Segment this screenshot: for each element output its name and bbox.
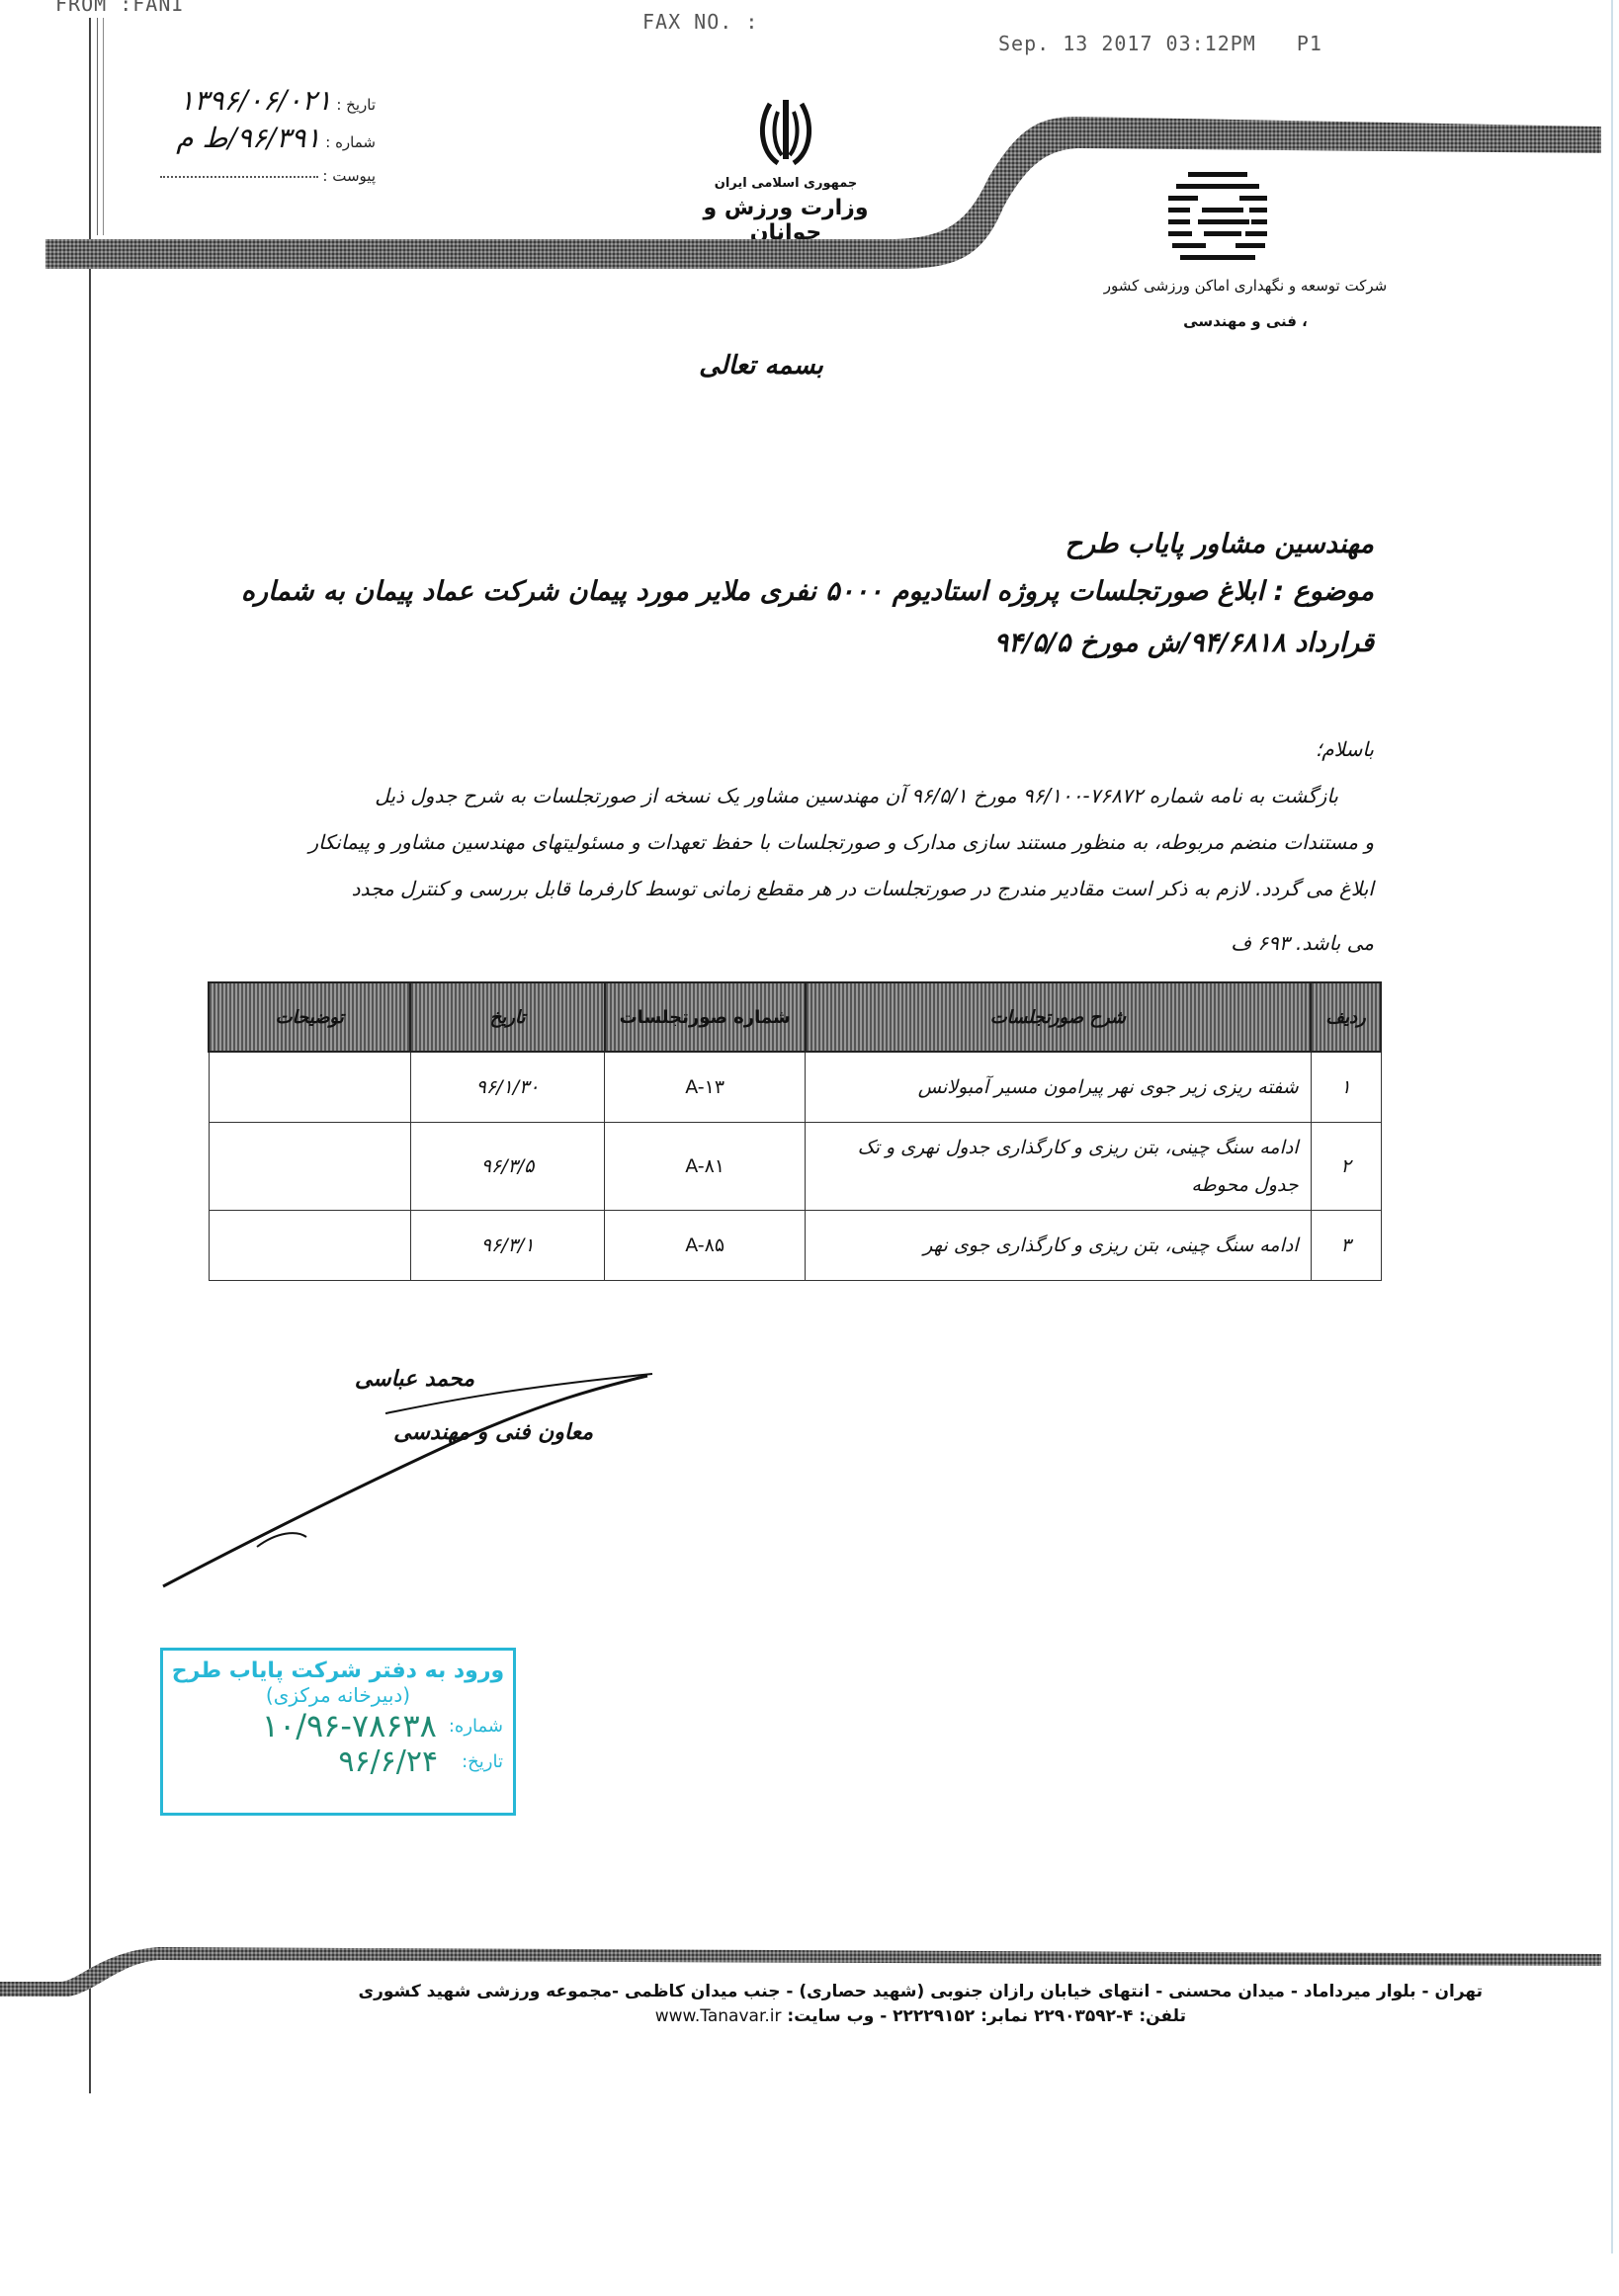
footer-website: www.Tanavar.ir bbox=[655, 2006, 782, 2026]
minutes-table: ردیف شرح صورتجلسات شماره صورتجلسات تاریخ… bbox=[208, 981, 1382, 1281]
body-line: و مستندات منضم مربوطه، به منظور مستند سا… bbox=[208, 819, 1374, 866]
body-line: ابلاغ می گردد. لازم به ذکر است مقادیر من… bbox=[208, 866, 1374, 912]
row-index: ۳ bbox=[1311, 1211, 1381, 1281]
company-department: ، فنی و مهندسی bbox=[1147, 312, 1344, 330]
header-band bbox=[0, 0, 1619, 316]
row-number: A-۸۱ bbox=[605, 1123, 806, 1211]
col-number: شماره صورتجلسات bbox=[605, 982, 806, 1052]
row-number: A-۱۳ bbox=[605, 1052, 806, 1123]
col-date: تاریخ bbox=[410, 982, 604, 1052]
company-name: شرکت توسعه و نگهداری اماکن ورزشی کشور bbox=[1048, 277, 1443, 295]
recipient: مهندسین مشاور پایاب طرح bbox=[198, 519, 1374, 570]
table-header-row: ردیف شرح صورتجلسات شماره صورتجلسات تاریخ… bbox=[209, 982, 1381, 1052]
table-row: ۱ شفته ریزی زیر جوی نهر پیرامون مسیر آمب… bbox=[209, 1052, 1381, 1123]
stamp-line-1: ورود به دفتر شرکت پایاب طرح bbox=[163, 1651, 513, 1683]
invocation: بسمه تعالی bbox=[682, 351, 840, 381]
subject-line-2: قرارداد ۹۴/۶۸۱۸/ش مورخ ۹۴/۵/۵ bbox=[208, 618, 1374, 669]
row-date: ۹۶/۳/۵ bbox=[410, 1123, 604, 1211]
stamp-number-row: شماره: ۱۰/۹۶-۷۸۶۳۸ bbox=[163, 1707, 513, 1744]
footer-contact: تلفن: ۴-۲۲۹۰۳۵۹۲ نمابر: ۲۲۲۲۹۱۵۲ - وب سا… bbox=[395, 2006, 1186, 2026]
stamp-line-2: (دبیرخانه مرکزی) bbox=[163, 1683, 513, 1707]
table-row: ۳ ادامه سنگ چینی، بتن ریزی و کارگذاری جو… bbox=[209, 1211, 1381, 1281]
row-description: ادامه سنگ چینی، بتن ریزی و کارگذاری جوی … bbox=[806, 1211, 1312, 1281]
receipt-stamp: ورود به دفتر شرکت پایاب طرح (دبیرخانه مر… bbox=[160, 1648, 516, 1816]
footer-phone: تلفن: ۴-۲۲۹۰۳۵۹۲ نمابر: ۲۲۲۲۹۱۵۲ - وب سا… bbox=[787, 2006, 1186, 2026]
row-date: ۹۶/۱/۳۰ bbox=[410, 1052, 604, 1123]
scan-edge bbox=[1611, 0, 1613, 2253]
row-description: شفته ریزی زیر جوی نهر پیرامون مسیر آمبول… bbox=[806, 1052, 1312, 1123]
row-index: ۲ bbox=[1311, 1123, 1381, 1211]
row-number: A-۸۵ bbox=[605, 1211, 806, 1281]
company-logo-icon bbox=[1166, 170, 1269, 269]
footer-address: تهران - بلوار میرداماد - میدان محسنی - ا… bbox=[138, 1982, 1483, 2001]
row-notes bbox=[209, 1052, 410, 1123]
stamp-number-label: شماره: bbox=[449, 1716, 503, 1737]
col-index: ردیف bbox=[1311, 982, 1381, 1052]
margin-line bbox=[89, 18, 91, 2093]
signature-scrawl bbox=[148, 1354, 702, 1601]
subject-line-1: موضوع : ابلاغ صورتجلسات پروژه استادیوم ۵… bbox=[208, 566, 1374, 618]
row-notes bbox=[209, 1123, 410, 1211]
body-line: بازگشت به نامه شماره ۷۶۸۷۲-۹۶/۱۰۰ مورخ ۹… bbox=[208, 773, 1374, 819]
greeting: باسلام؛ bbox=[208, 726, 1374, 773]
col-notes: توضیحات bbox=[209, 982, 410, 1052]
row-description: ادامه سنگ چینی، بتن ریزی و کارگذاری جدول… bbox=[806, 1123, 1312, 1211]
stamp-date-row: تاریخ: ۹۶/۶/۲۴ bbox=[163, 1744, 513, 1779]
subject: موضوع : ابلاغ صورتجلسات پروژه استادیوم ۵… bbox=[208, 566, 1374, 669]
letter-body: باسلام؛ بازگشت به نامه شماره ۷۶۸۷۲-۹۶/۱۰… bbox=[208, 726, 1374, 967]
stamp-date-label: تاریخ: bbox=[462, 1751, 503, 1772]
body-line: می باشد. ۶۹۳ ف bbox=[208, 920, 1374, 967]
row-date: ۹۶/۳/۱ bbox=[410, 1211, 604, 1281]
row-notes bbox=[209, 1211, 410, 1281]
stamp-date-value: ۹۶/۶/۲۴ bbox=[338, 1744, 438, 1779]
col-description: شرح صورتجلسات bbox=[806, 982, 1312, 1052]
stamp-number-value: ۱۰/۹۶-۷۸۶۳۸ bbox=[262, 1707, 437, 1744]
table-row: ۲ ادامه سنگ چینی، بتن ریزی و کارگذاری جد… bbox=[209, 1123, 1381, 1211]
row-index: ۱ bbox=[1311, 1052, 1381, 1123]
